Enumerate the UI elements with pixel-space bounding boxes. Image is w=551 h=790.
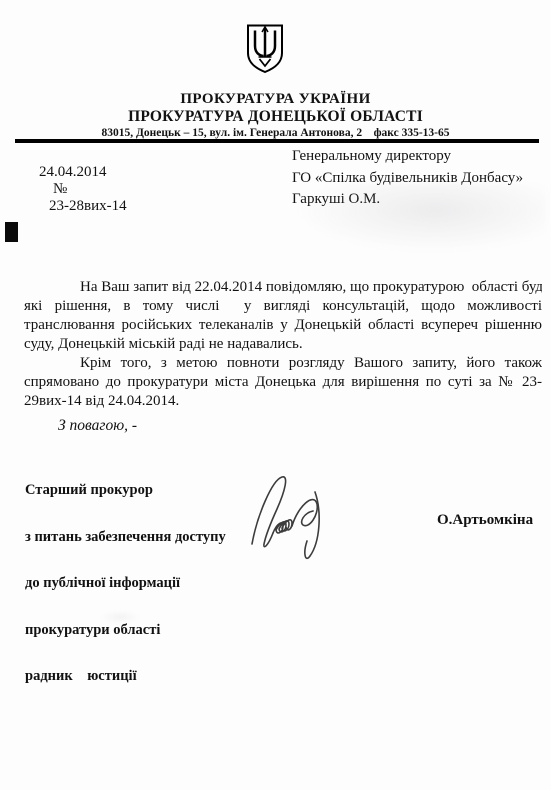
org-name-oblast: ПРОКУРАТУРА ДОНЕЦЬКОЇ ОБЛАСТІ — [0, 108, 551, 126]
doc-date: 24.04.2014 — [39, 164, 107, 180]
closing-salutation: З повагою, - — [58, 417, 137, 435]
signer-title-line: прокуратури області — [25, 623, 226, 639]
recipient-line: ГО «Спілка будівельників Донбасу» — [292, 168, 523, 190]
body-line: спрямовано до прокуратури міста Донецька… — [24, 373, 542, 392]
body-line: суду, Донецькій міській раді не надавали… — [24, 335, 542, 354]
signer-title-line: з питань забезпечення доступу — [25, 530, 226, 546]
signer-name: О.Артьомкіна — [437, 512, 533, 529]
signer-title-block: Старший прокурор з питань забезпечення д… — [25, 452, 226, 716]
signer-title-line: радник юстиції — [25, 669, 226, 685]
body-line: які рішення, в тому числі у вигляді конс… — [24, 297, 542, 316]
header-rule — [15, 139, 539, 143]
handwritten-signature — [246, 464, 356, 564]
reference-row: 24.04.2014 № 23-28вих-14 — [24, 147, 127, 232]
recipient-line: Генеральному директору — [292, 146, 523, 168]
number-sign: № — [53, 181, 67, 197]
ukraine-trident-emblem-icon — [245, 24, 285, 74]
body-line: На Ваш запит від 22.04.2014 повідомляю, … — [24, 278, 542, 297]
org-address-line: 83015, Донецьк – 15, вул. ім. Генерала А… — [0, 127, 551, 139]
body-line: транслювання російських телеканалів у До… — [24, 316, 542, 335]
signer-title-line: Старший прокурор — [25, 483, 226, 499]
body-line: 29вих-14 від 24.04.2014. — [24, 392, 542, 411]
recipient-line: Гаркуші О.М. — [292, 189, 523, 211]
org-name-country: ПРОКУРАТУРА УКРАЇНИ — [0, 91, 551, 108]
redaction-mark — [5, 222, 18, 242]
scanned-letter-page: ПРОКУРАТУРА УКРАЇНИ ПРОКУРАТУРА ДОНЕЦЬКО… — [0, 0, 551, 790]
signer-title-line: до публічної інформації — [25, 576, 226, 592]
recipient-block: Генеральному директору ГО «Спілка будіве… — [292, 146, 523, 211]
letter-body: На Ваш запит від 22.04.2014 повідомляю, … — [24, 278, 542, 411]
doc-number: 23-28вих-14 — [49, 198, 127, 214]
body-line: Крім того, з метою повноти розгляду Вашо… — [24, 354, 542, 373]
